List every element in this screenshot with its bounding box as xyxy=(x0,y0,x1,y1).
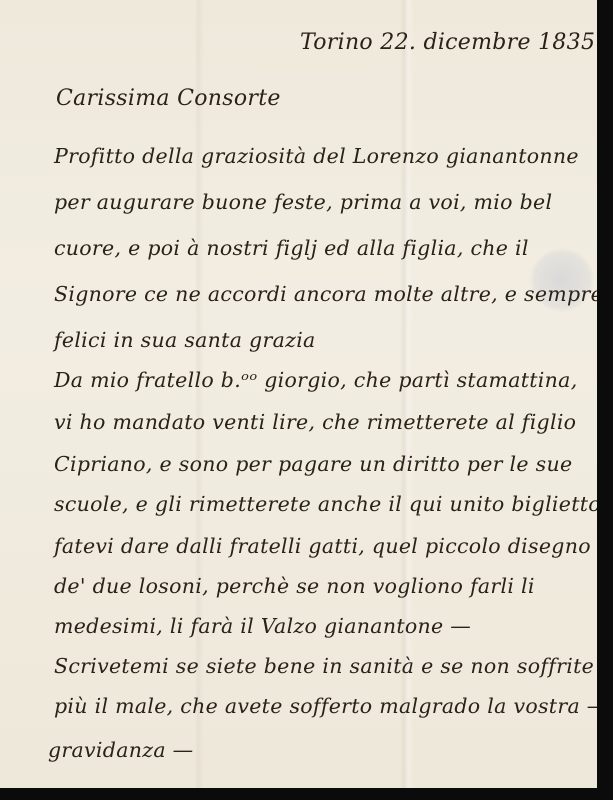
letter-line-4: Signore ce ne accordi ancora molte altre… xyxy=(54,282,603,306)
letter-line-3: cuore, e poi à nostri figlj ed alla figl… xyxy=(54,236,529,260)
letter-line-11: de' due losoni, perchè se non vogliono f… xyxy=(54,574,535,598)
letter-line-8: Cipriano, e sono per pagare un diritto p… xyxy=(54,452,572,476)
letter-line-2: per augurare buone feste, prima a voi, m… xyxy=(54,190,552,214)
letter-line-5: felici in sua santa grazia xyxy=(54,328,316,352)
letter-line-9: scuole, e gli rimetterete anche il qui u… xyxy=(54,492,607,516)
letter-line-14: più il male, che avete sofferto malgrado… xyxy=(54,694,608,718)
date-line: Torino 22. dicembre 1835 xyxy=(300,30,595,55)
scan-border-bottom xyxy=(0,788,613,800)
salutation: Carissima Consorte xyxy=(56,86,281,111)
scan-border-right xyxy=(597,0,613,800)
letter-line-1: Profitto della graziosità del Lorenzo gi… xyxy=(54,144,579,168)
letter-line-7: vi ho mandato venti lire, che rimetteret… xyxy=(54,410,576,434)
letter-page: Torino 22. dicembre 1835 Carissima Conso… xyxy=(0,0,598,788)
letter-line-6: Da mio fratello b.ᵒᵒ giorgio, che partì … xyxy=(54,368,578,392)
letter-line-15: gravidanza — xyxy=(48,738,193,762)
letter-line-12: medesimi, li farà il Valzo gianantone — xyxy=(54,614,471,638)
letter-line-13: Scrivetemi se siete bene in sanità e se … xyxy=(54,654,594,678)
letter-line-10: fatevi dare dalli fratelli gatti, quel p… xyxy=(54,534,591,558)
